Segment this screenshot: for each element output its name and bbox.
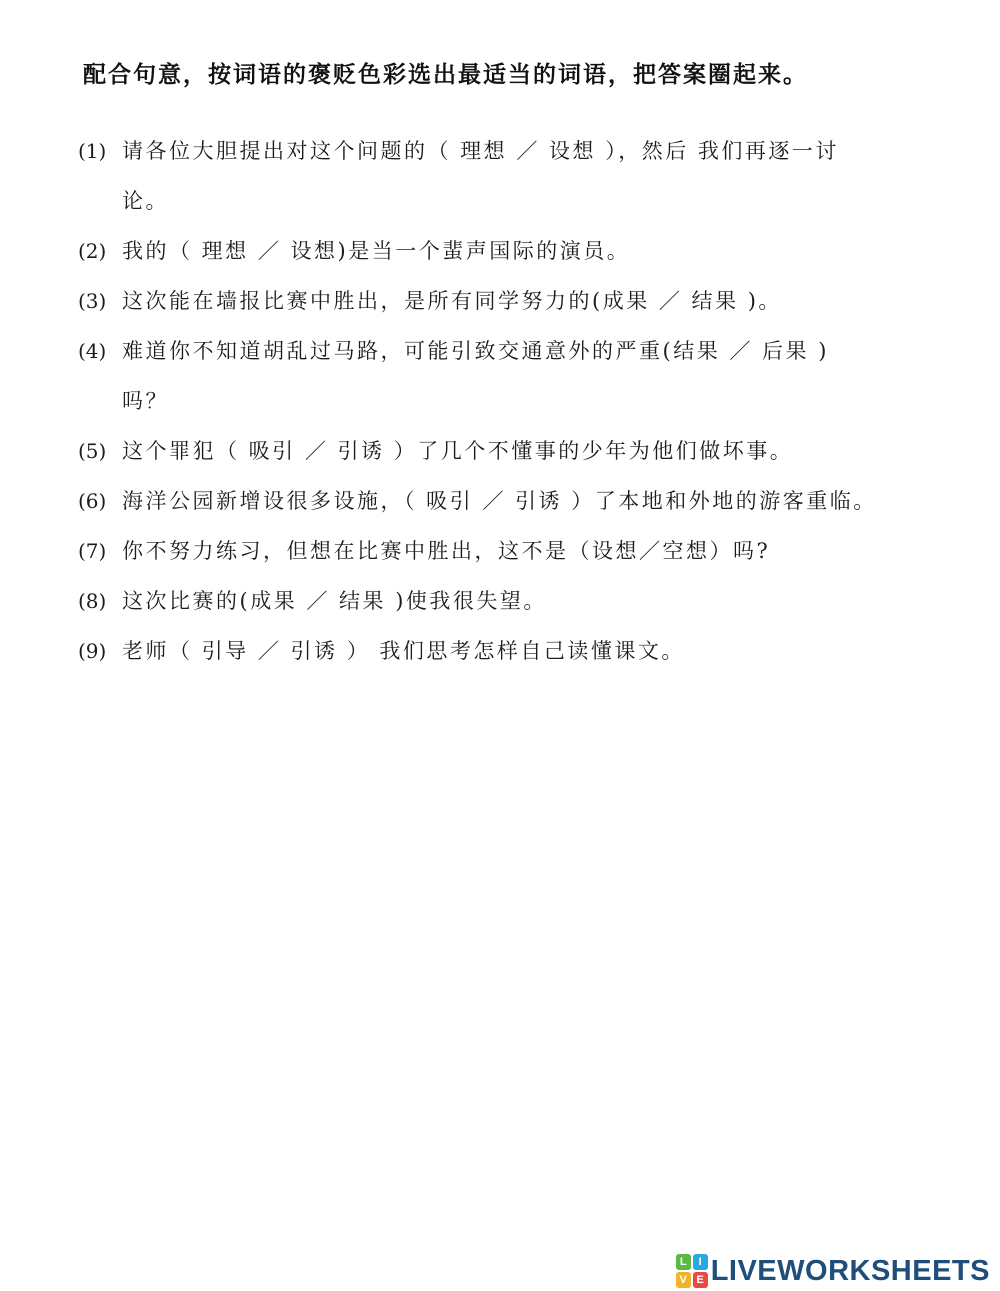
question-row-1: (1) 请各位大胆提出对这个问题的（ 理想 ／ 设想 ），然后 我们再逐一讨 论… [78, 126, 958, 226]
question-number: (3) [78, 276, 122, 326]
logo-tile-i: I [693, 1254, 708, 1270]
question-text: 这个罪犯（ 吸引 ／ 引诱 ）了几个不懂事的少年为他们做坏事。 [122, 426, 958, 476]
question-text: 请各位大胆提出对这个问题的（ 理想 ／ 设想 ），然后 我们再逐一讨 论。 [122, 126, 958, 226]
question-list: (1) 请各位大胆提出对这个问题的（ 理想 ／ 设想 ），然后 我们再逐一讨 论… [78, 126, 958, 676]
question-text: 这次能在墙报比赛中胜出，是所有同学努力的(成果 ／ 结果 )。 [122, 276, 958, 326]
question-line: 这次比赛的(成果 ／ 结果 )使我很失望。 [122, 576, 958, 626]
question-line: 我的（ 理想 ／ 设想)是当一个蜚声国际的演员。 [122, 226, 958, 276]
question-number: (1) [78, 126, 122, 176]
question-line: 老师（ 引导 ／ 引诱 ） 我们思考怎样自己读懂课文。 [122, 626, 958, 676]
question-row-2: (2) 我的（ 理想 ／ 设想)是当一个蜚声国际的演员。 [78, 226, 958, 276]
question-number: (5) [78, 426, 122, 476]
question-number: (2) [78, 226, 122, 276]
question-text: 我的（ 理想 ／ 设想)是当一个蜚声国际的演员。 [122, 226, 958, 276]
question-row-9: (9) 老师（ 引导 ／ 引诱 ） 我们思考怎样自己读懂课文。 [78, 626, 958, 676]
question-line: 难道你不知道胡乱过马路，可能引致交通意外的严重(结果 ／ 后果 ) [122, 326, 958, 376]
question-row-6: (6) 海洋公园新增设很多设施，（ 吸引 ／ 引诱 ）了本地和外地的游客重临。 [78, 476, 958, 526]
question-number: (9) [78, 626, 122, 676]
question-line: 这次能在墙报比赛中胜出，是所有同学努力的(成果 ／ 结果 )。 [122, 276, 958, 326]
liveworksheets-logo[interactable]: L I V E LIVEWORKSHEETS [676, 1254, 990, 1288]
question-number: (8) [78, 576, 122, 626]
question-line: 论。 [122, 176, 958, 226]
question-line: 海洋公园新增设很多设施，（ 吸引 ／ 引诱 ）了本地和外地的游客重临。 [122, 476, 958, 526]
question-line: 这个罪犯（ 吸引 ／ 引诱 ）了几个不懂事的少年为他们做坏事。 [122, 426, 958, 476]
question-line: 你不努力练习，但想在比赛中胜出，这不是（设想／空想）吗? [122, 526, 958, 576]
question-text: 难道你不知道胡乱过马路，可能引致交通意外的严重(结果 ／ 后果 ) 吗？ [122, 326, 958, 426]
question-row-7: (7) 你不努力练习，但想在比赛中胜出，这不是（设想／空想）吗? [78, 526, 958, 576]
question-number: (7) [78, 526, 122, 576]
question-line: 吗？ [122, 376, 958, 426]
liveworksheets-grid-icon: L I V E [676, 1254, 708, 1288]
question-number: (6) [78, 476, 122, 526]
logo-tile-v: V [676, 1272, 691, 1288]
question-text: 海洋公园新增设很多设施，（ 吸引 ／ 引诱 ）了本地和外地的游客重临。 [122, 476, 958, 526]
page-title: 配合句意，按词语的褒贬色彩选出最适当的词语，把答案圈起来。 [83, 56, 808, 89]
question-text: 这次比赛的(成果 ／ 结果 )使我很失望。 [122, 576, 958, 626]
logo-tile-l: L [676, 1254, 691, 1270]
question-row-4: (4) 难道你不知道胡乱过马路，可能引致交通意外的严重(结果 ／ 后果 ) 吗？ [78, 326, 958, 426]
question-text: 老师（ 引导 ／ 引诱 ） 我们思考怎样自己读懂课文。 [122, 626, 958, 676]
question-row-3: (3) 这次能在墙报比赛中胜出，是所有同学努力的(成果 ／ 结果 )。 [78, 276, 958, 326]
question-line: 请各位大胆提出对这个问题的（ 理想 ／ 设想 ），然后 我们再逐一讨 [122, 126, 958, 176]
worksheet-page: 配合句意，按词语的褒贬色彩选出最适当的词语，把答案圈起来。 (1) 请各位大胆提… [0, 0, 1000, 1291]
logo-tile-e: E [693, 1272, 708, 1288]
question-number: (4) [78, 326, 122, 376]
question-text: 你不努力练习，但想在比赛中胜出，这不是（设想／空想）吗? [122, 526, 958, 576]
question-row-5: (5) 这个罪犯（ 吸引 ／ 引诱 ）了几个不懂事的少年为他们做坏事。 [78, 426, 958, 476]
liveworksheets-wordmark: LIVEWORKSHEETS [711, 1257, 990, 1286]
question-row-8: (8) 这次比赛的(成果 ／ 结果 )使我很失望。 [78, 576, 958, 626]
